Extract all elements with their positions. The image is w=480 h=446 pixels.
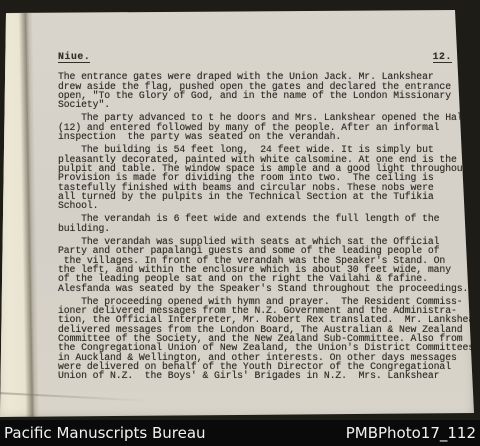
paragraph: The verandah was supplied with seats at … [58,237,472,293]
paragraph: The verandah is 6 feet wide and extends … [58,214,472,233]
page-title: Niue. [58,52,90,63]
scanned-page: Niue. 12. The entrance gates were draped… [0,0,480,420]
photo-id: PMBPhoto17_112 [346,424,476,442]
photo-area: Niue. 12. The entrance gates were draped… [0,0,480,420]
archive-photo-viewer: Niue. 12. The entrance gates were draped… [0,0,480,446]
paragraph: The building is 54 feet long, 24 feet wi… [58,145,472,210]
page-header: Niue. 12. [58,52,472,63]
paragraph: The party advanced to t he doors and Mrs… [58,113,472,141]
paragraph: The entrance gates were draped with the … [58,72,472,109]
caption-bar: Pacific Manuscripts Bureau PMBPhoto17_11… [0,420,480,446]
page-body: Niue. 12. The entrance gates were draped… [58,52,472,385]
book-page-edge [0,0,40,420]
archive-name: Pacific Manuscripts Bureau [4,424,206,442]
paragraph: The proceeding opened with hymn and pray… [58,297,472,381]
page-number: 12. [433,52,452,63]
